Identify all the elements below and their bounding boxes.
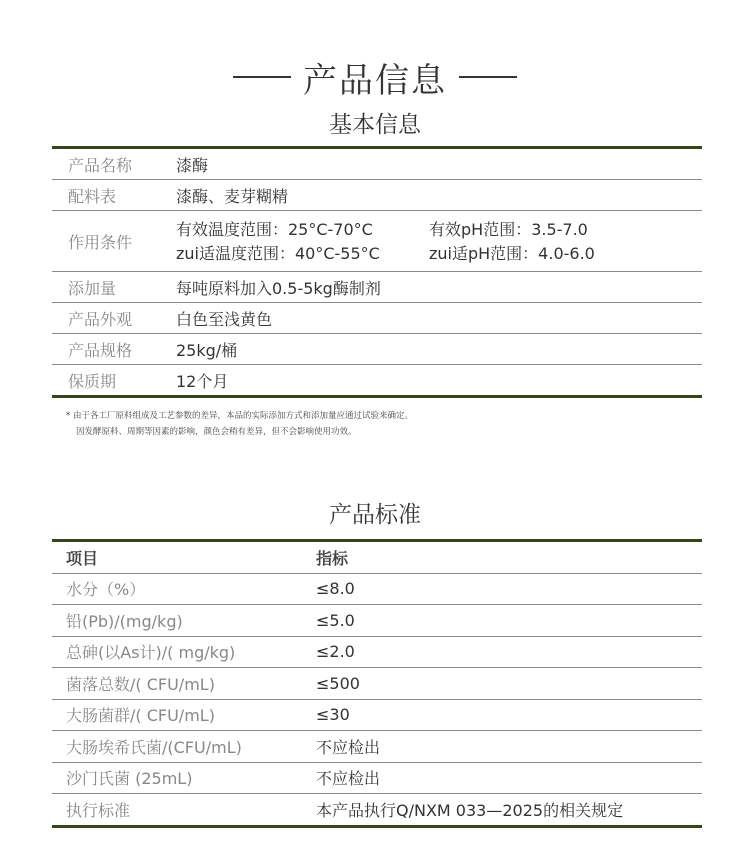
standards-title: 产品标准 [0,496,750,529]
info-value: 每吨原料加入0.5-5kg酶制剂 [176,272,702,303]
condition-effective-ph: 有效pH范围：3.5-7.0 [429,219,702,240]
info-label: 产品规格 [52,334,176,365]
condition-optimal-ph: zui适pH范围：4.0-6.0 [429,243,702,264]
basic-info-title: 基本信息 [0,106,750,139]
std-spec: 不应检出 [316,762,702,794]
std-item: 大肠埃希氏菌/(CFU/mL) [52,731,316,763]
info-row-appearance: 产品外观 白色至浅黄色 [52,303,702,334]
std-spec: ≤500 [316,668,702,700]
std-item: 大肠菌群/( CFU/mL) [52,699,316,731]
std-item: 菌落总数/( CFU/mL) [52,668,316,700]
info-value: 25kg/桶 [176,334,702,365]
info-row-product-name: 产品名称 漆酶 [52,148,702,180]
info-value: 漆酶、麦芽糊精 [176,180,702,211]
info-label: 作用条件 [52,211,176,272]
std-item: 水分（%） [52,573,316,605]
page-title: 产品信息 [0,54,750,100]
std-item: 铅(Pb)/(mg/kg) [52,605,316,637]
std-spec: ≤5.0 [316,605,702,637]
info-label: 产品外观 [52,303,176,334]
table-row: 水分（%） ≤8.0 [52,573,702,605]
condition-effective-temp: 有效温度范围：25°C-70°C [176,219,429,240]
footnote-line-1: * 由于各工厂原料组成及工艺参数的差异，本品的实际添加方式和添加量应通过试验来确… [66,408,413,424]
table-row: 大肠菌群/( CFU/mL) ≤30 [52,699,702,731]
table-row: 菌落总数/( CFU/mL) ≤500 [52,668,702,700]
info-label: 保质期 [52,365,176,397]
std-spec: 本产品执行Q/NXM 033—2025的相关规定 [316,794,702,827]
std-spec: ≤2.0 [316,636,702,668]
header-spec: 指标 [316,541,702,574]
basic-info-table: 产品名称 漆酶 配料表 漆酶、麦芽糊精 作用条件 有效温度范围：25°C-70°… [52,146,702,398]
std-item: 执行标准 [52,794,316,827]
std-item: 总砷(以As计)/( mg/kg) [52,636,316,668]
table-row: 总砷(以As计)/( mg/kg) ≤2.0 [52,636,702,668]
info-value: 12个月 [176,365,702,397]
table-row: 执行标准 本产品执行Q/NXM 033—2025的相关规定 [52,794,702,827]
header-item: 项目 [52,541,316,574]
title-dash-right [459,76,517,78]
standards-header-row: 项目 指标 [52,541,702,574]
info-value: 白色至浅黄色 [176,303,702,334]
standards-table: 项目 指标 水分（%） ≤8.0 铅(Pb)/(mg/kg) ≤5.0 总砷(以… [52,539,702,828]
info-row-ingredients: 配料表 漆酶、麦芽糊精 [52,180,702,211]
std-item: 沙门氏菌 (25mL) [52,762,316,794]
page-title-text: 产品信息 [303,53,447,102]
info-label: 添加量 [52,272,176,303]
table-row: 沙门氏菌 (25mL) 不应检出 [52,762,702,794]
footnote: * 由于各工厂原料组成及工艺参数的差异，本品的实际添加方式和添加量应通过试验来确… [66,408,413,440]
std-spec: ≤8.0 [316,573,702,605]
info-label: 产品名称 [52,148,176,180]
title-dash-left [233,76,291,78]
info-label: 配料表 [52,180,176,211]
info-value-conditions: 有效温度范围：25°C-70°C 有效pH范围：3.5-7.0 zui适温度范围… [176,211,702,272]
std-spec: ≤30 [316,699,702,731]
condition-optimal-temp: zui适温度范围：40°C-55°C [176,243,429,264]
footnote-line-2: 因发酵原料、周期等因素的影响，颜色会稍有差异，但不会影响使用功效。 [66,424,413,440]
info-row-conditions: 作用条件 有效温度范围：25°C-70°C 有效pH范围：3.5-7.0 zui… [52,211,702,272]
info-row-dosage: 添加量 每吨原料加入0.5-5kg酶制剂 [52,272,702,303]
info-value: 漆酶 [176,148,702,180]
table-row: 大肠埃希氏菌/(CFU/mL) 不应检出 [52,731,702,763]
std-spec: 不应检出 [316,731,702,763]
table-row: 铅(Pb)/(mg/kg) ≤5.0 [52,605,702,637]
info-row-shelf-life: 保质期 12个月 [52,365,702,397]
info-row-spec: 产品规格 25kg/桶 [52,334,702,365]
